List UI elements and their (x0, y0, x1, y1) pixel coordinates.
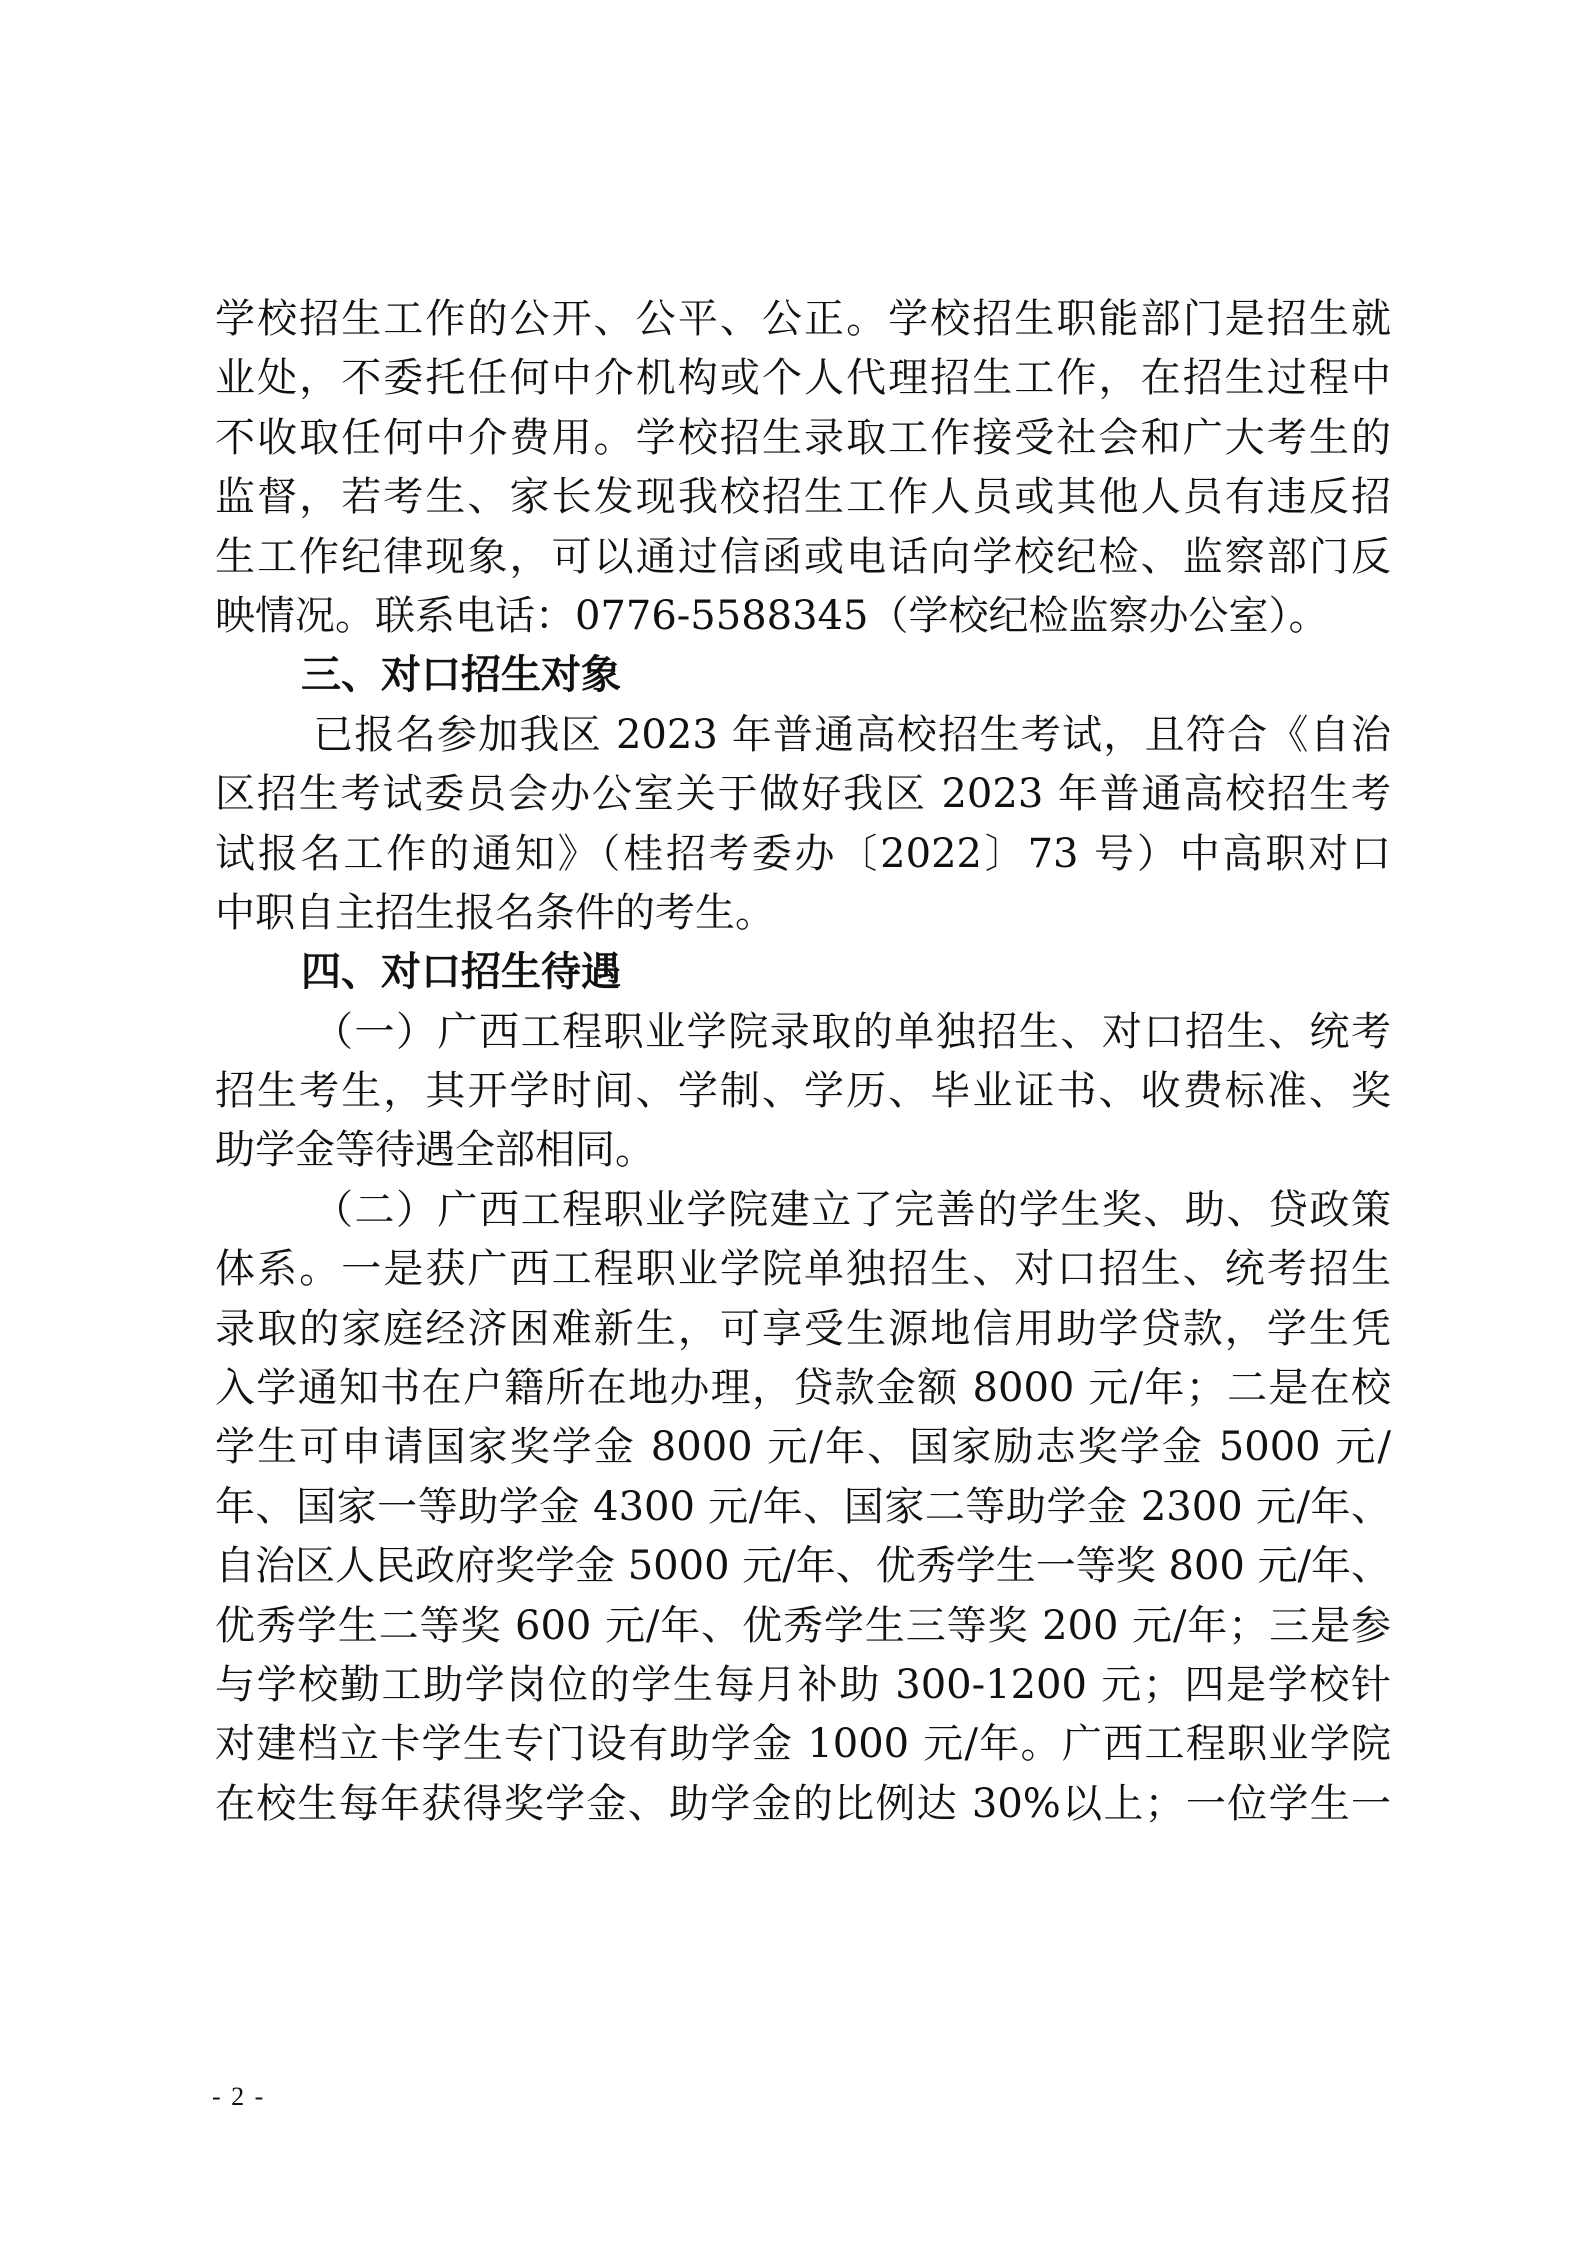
paragraph-line-contact-phone: 映情况。联系电话：0776-5588345（学校纪检监察办公室）。 (215, 587, 1391, 646)
paragraph-line: 在校生每年获得奖学金、助学金的比例达 30%以上；一位学生一 (215, 1775, 1391, 1834)
paragraph-line: 中职自主招生报名条件的考生。 (215, 884, 1391, 943)
section-heading-4-enrollment-benefits: 四、对口招生待遇 (215, 943, 1391, 1002)
section-heading-3-enrollment-target: 三、对口招生对象 (215, 646, 1391, 705)
paragraph-line: 优秀学生二等奖 600 元/年、优秀学生三等奖 200 元/年；三是参 (215, 1597, 1391, 1656)
paragraph-line: （一）广西工程职业学院录取的单独招生、对口招生、统考 (215, 1003, 1391, 1062)
paragraph-line: 对建档立卡学生专门设有助学金 1000 元/年。广西工程职业学院 (215, 1715, 1391, 1774)
paragraph-line: 与学校勤工助学岗位的学生每月补助 300-1200 元；四是学校针 (215, 1656, 1391, 1715)
paragraph-line: 生工作纪律现象，可以通过信函或电话向学校纪检、监察部门反 (215, 528, 1391, 587)
paragraph-line: 自治区人民政府奖学金 5000 元/年、优秀学生一等奖 800 元/年、 (215, 1537, 1391, 1596)
paragraph-line: 区招生考试委员会办公室关于做好我区 2023 年普通高校招生考 (215, 765, 1391, 824)
paragraph-line: 业处，不委托任何中介机构或个人代理招生工作，在招生过程中 (215, 349, 1391, 408)
paragraph-line: 已报名参加我区 2023 年普通高校招生考试，且符合《自治 (215, 706, 1391, 765)
page-number: - 2 - (212, 2082, 265, 2112)
paragraph-line: 体系。一是获广西工程职业学院单独招生、对口招生、统考招生 (215, 1240, 1391, 1299)
paragraph-line: 学校招生工作的公开、公平、公正。学校招生职能部门是招生就 (215, 290, 1391, 349)
document-body: 学校招生工作的公开、公平、公正。学校招生职能部门是招生就 业处，不委托任何中介机… (215, 290, 1391, 1834)
paragraph-line: 学生可申请国家奖学金 8000 元/年、国家励志奖学金 5000 元/ (215, 1418, 1391, 1477)
paragraph-line: 入学通知书在户籍所在地办理，贷款金额 8000 元/年；二是在校 (215, 1359, 1391, 1418)
paragraph-line: 录取的家庭经济困难新生，可享受生源地信用助学贷款，学生凭 (215, 1300, 1391, 1359)
paragraph-line: 不收取任何中介费用。学校招生录取工作接受社会和广大考生的 (215, 409, 1391, 468)
paragraph-line: 试报名工作的通知》（桂招考委办〔2022〕73 号）中高职对口 (215, 825, 1391, 884)
paragraph-line: 监督，若考生、家长发现我校招生工作人员或其他人员有违反招 (215, 468, 1391, 527)
paragraph-line: 招生考生，其开学时间、学制、学历、毕业证书、收费标准、奖 (215, 1062, 1391, 1121)
paragraph-line: （二）广西工程职业学院建立了完善的学生奖、助、贷政策 (215, 1181, 1391, 1240)
paragraph-line: 助学金等待遇全部相同。 (215, 1121, 1391, 1180)
document-page: 学校招生工作的公开、公平、公正。学校招生职能部门是招生就 业处，不委托任何中介机… (0, 0, 1587, 2245)
paragraph-line: 年、国家一等助学金 4300 元/年、国家二等助学金 2300 元/年、 (215, 1478, 1391, 1537)
